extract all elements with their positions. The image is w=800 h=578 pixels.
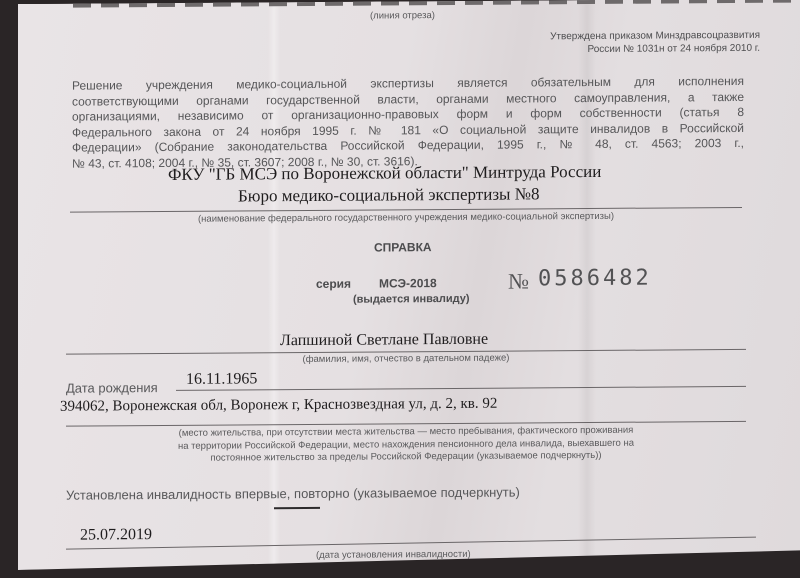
approval-line-2: России № 1031н от 24 ноября 2010 г.: [588, 43, 761, 55]
option-first-time: впервые: [235, 486, 287, 501]
institution-name-line-2: Бюро медико-социальной экспертизы №8: [238, 184, 539, 206]
address-caption: (место жительства, при отсутствии места …: [66, 424, 746, 466]
certificate-paper: (линия отреза) Утверждена приказом Минзд…: [18, 0, 800, 570]
issued-to-caption: (выдается инвалиду): [353, 293, 470, 306]
approval-line-1: Утверждена приказом Минздравсоцразвития: [550, 30, 760, 42]
institution-caption: (наименование федерального государственн…: [70, 210, 742, 226]
person-full-name: Лапшиной Светлане Павловне: [280, 331, 488, 350]
certificate-title: СПРАВКА: [374, 240, 432, 254]
option-repeat: повторно: [294, 486, 350, 501]
series-value: МСЭ-2018: [379, 276, 437, 290]
certificate-number: 0586482: [538, 266, 652, 292]
disability-date-caption: (дата установления инвалидности): [316, 549, 471, 561]
option-separator: ,: [287, 486, 294, 501]
cut-line-dashes: [73, 0, 793, 8]
series-label: серия: [316, 277, 351, 291]
legal-notice: Решение учреждения медико-социальной экс…: [72, 74, 744, 172]
underline-instruction: (указываемое подчеркнуть): [350, 484, 520, 500]
number-sign: №: [508, 268, 529, 294]
institution-name-line-1: ФКУ "ГБ МСЭ по Воронежской области" Минт…: [168, 162, 601, 185]
cut-line-label: (линия отреза): [370, 10, 435, 21]
dob-rule: [176, 386, 746, 391]
disability-established-line: Установлена инвалидность впервые, повтор…: [66, 484, 520, 502]
established-prefix: Установлена инвалидность: [66, 487, 231, 503]
dob-value: 16.11.1965: [186, 370, 257, 388]
disability-date-rule: [66, 537, 756, 550]
address-value: 394062, Воронежская обл, Воронеж г, Крас…: [60, 396, 497, 416]
dob-label: Дата рождения: [66, 380, 158, 396]
disability-date-value: 25.07.2019: [80, 526, 152, 545]
selected-option-underline: [274, 507, 320, 509]
